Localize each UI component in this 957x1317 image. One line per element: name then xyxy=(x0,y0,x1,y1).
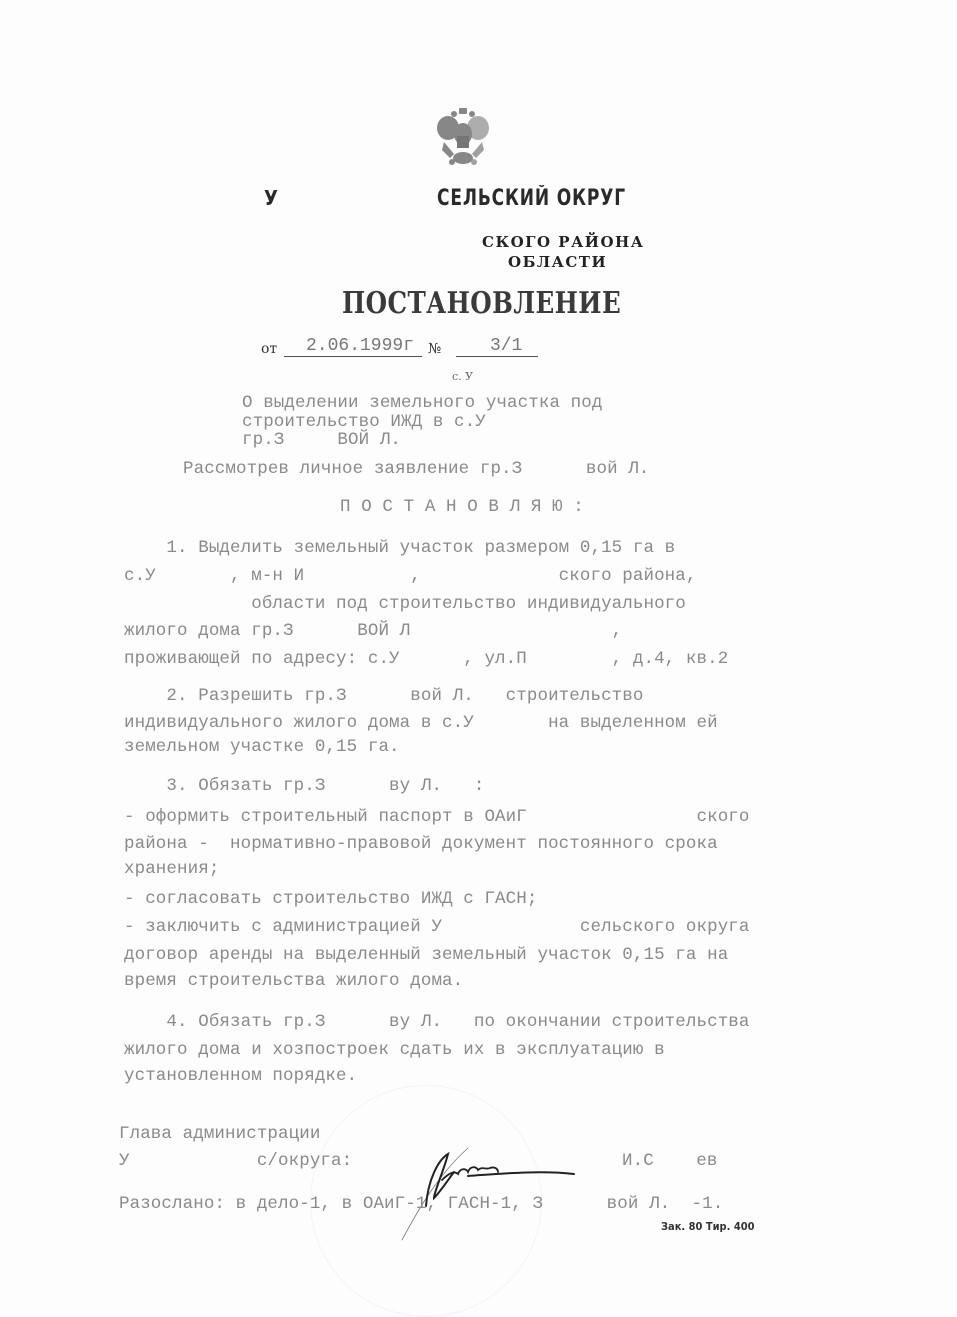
item-3-line-2: - оформить строительный паспорт в ОАиГ с… xyxy=(124,807,750,827)
preamble: Рассмотрев личное заявление гр.З вой Л. xyxy=(183,459,649,479)
subject-line-1: О выделении земельного участка под xyxy=(242,393,602,413)
signature-position-line-1: Глава администрации xyxy=(119,1124,320,1144)
number-prefix: № xyxy=(428,341,441,357)
decree-word: П О С Т А Н О В Л Я Ю : xyxy=(340,497,584,517)
item-2-line-2: индивидуального жилого дома в с.У на выд… xyxy=(124,713,718,733)
russian-coat-of-arms-icon xyxy=(432,106,494,168)
item-2-line-3: земельном участке 0,15 га. xyxy=(124,737,400,757)
item-1-line-4: жилого дома гр.З ВОЙ Л , xyxy=(124,621,622,641)
number-underline xyxy=(456,356,538,357)
header-oblast: ОБЛАСТИ xyxy=(508,253,607,271)
header-left-letter: У xyxy=(264,186,278,210)
subject-line-3: гр.З ВОЙ Л. xyxy=(242,430,401,450)
item-3-line-4: хранения; xyxy=(124,859,219,879)
item-3-line-3: района - нормативно-правовой документ по… xyxy=(124,834,718,854)
item-1-line-2: с.У , м-н И , ского района, xyxy=(124,566,697,586)
document-date: 2.06.1999г xyxy=(306,336,414,356)
item-3-line-6: - заключить с администрацией У сельского… xyxy=(124,917,750,937)
item-3-line-8: время строительства жилого дома. xyxy=(124,971,463,991)
item-4-line-3: установленном порядке. xyxy=(124,1066,357,1086)
document-place: с. У xyxy=(452,370,473,383)
distribution-list: Разослано: в дело-1, в ОАиГ-1, ГАСН-1, З… xyxy=(119,1194,723,1214)
document-number: 3/1 xyxy=(490,336,522,356)
item-3-line-5: - согласовать строительство ИЖД с ГАСН; xyxy=(124,889,537,909)
print-info: Зак. 80 Тир. 400 xyxy=(661,1220,754,1233)
header-district: СЕЛЬСКИЙ ОКРУГ xyxy=(437,186,626,211)
document-title: ПОСТАНОВЛЕНИЕ xyxy=(342,286,621,321)
item-3-line-7: договор аренды на выделенный земельный у… xyxy=(124,945,728,965)
date-prefix: от xyxy=(261,341,277,357)
signatory-name: И.С ев xyxy=(622,1151,717,1171)
item-2-line-1: 2. Разрешить гр.З вой Л. строительство xyxy=(124,686,643,706)
item-4-line-1: 4. Обязать гр.З ву Л. по окончании строи… xyxy=(124,1012,750,1032)
item-1-line-1: 1. Выделить земельный участок размером 0… xyxy=(124,538,675,558)
date-underline xyxy=(284,356,422,357)
item-1-line-5: проживающей по адресу: с.У , ул.П , д.4,… xyxy=(124,649,728,669)
document-page: У СЕЛЬСКИЙ ОКРУГ СКОГО РАЙОНА ОБЛАСТИ ПО… xyxy=(0,0,957,1317)
signature-position-line-2: У с/округа: xyxy=(119,1151,352,1171)
subject-line-2: строительство ИЖД в с.У xyxy=(242,412,486,432)
item-3-line-1: 3. Обязать гр.З ву Л. : xyxy=(124,776,484,796)
item-1-line-3: области под строительство индивидуальног… xyxy=(124,594,686,614)
item-4-line-2: жилого дома и хозпостроек сдать их в экс… xyxy=(124,1040,665,1060)
header-raion: СКОГО РАЙОНА xyxy=(482,233,644,251)
